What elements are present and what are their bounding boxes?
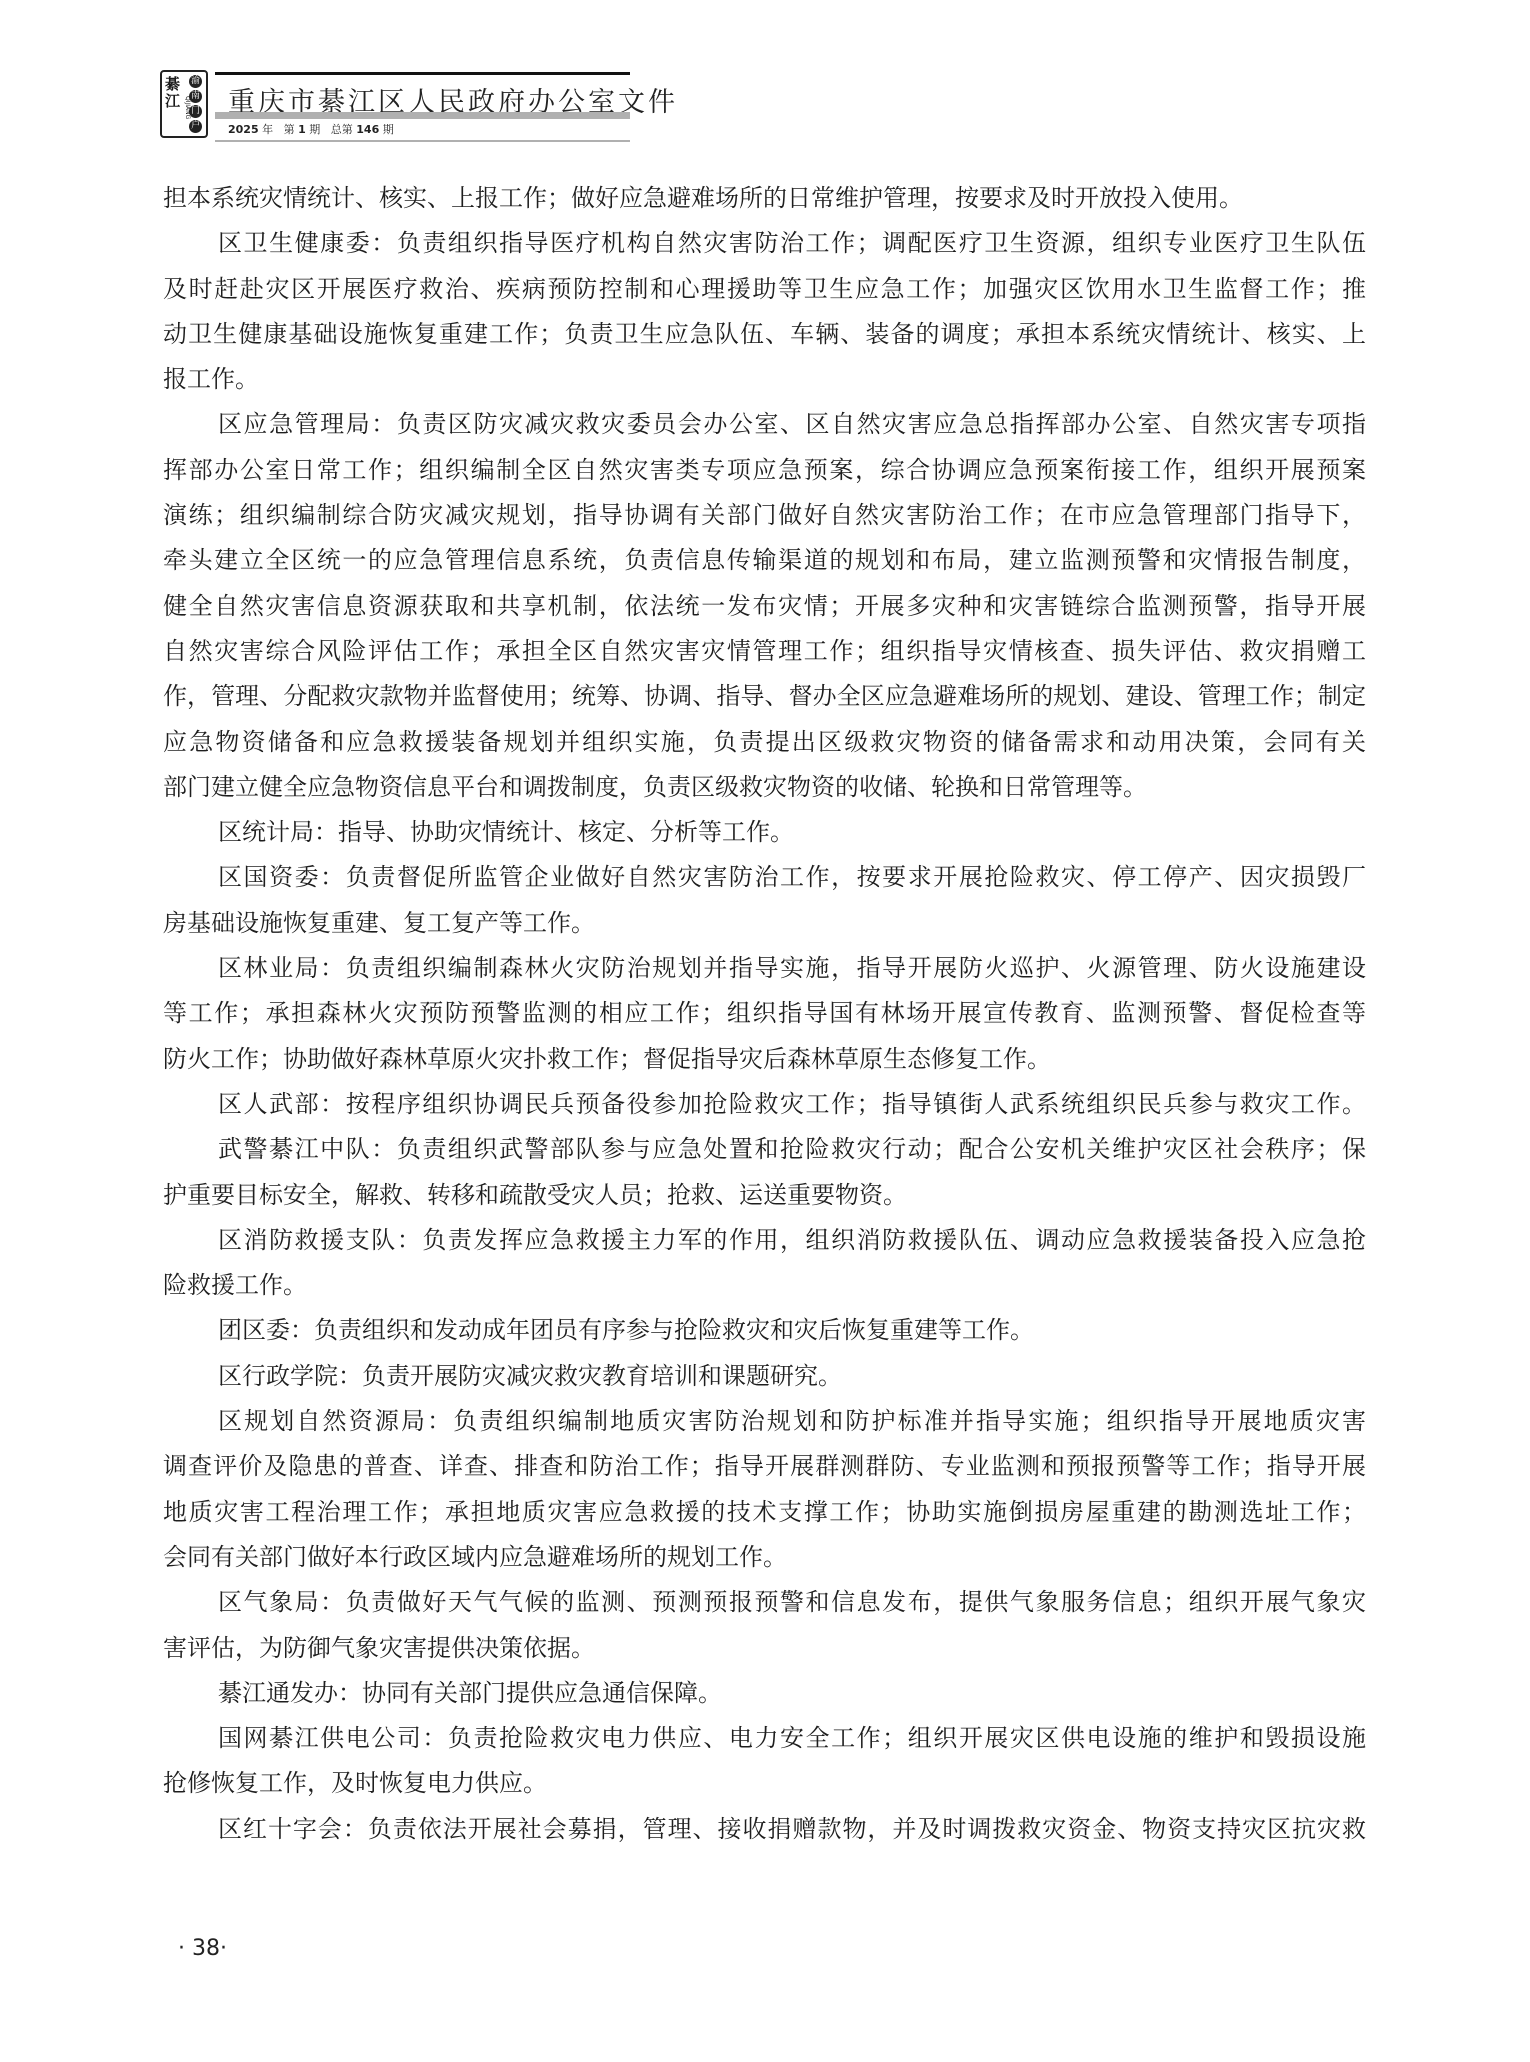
header-rule-middle bbox=[215, 112, 630, 119]
paragraph-line: 应急物资储备和应急救援装备规划并组织实施，负责提出区级救灾物资的储备需求和动用决… bbox=[163, 720, 1366, 765]
logo-title: 綦江 bbox=[165, 76, 181, 110]
paragraph-line: 地质灾害工程治理工作；承担地质灾害应急救援的技术支撑工作；协助实施倒损房屋重建的… bbox=[163, 1490, 1366, 1535]
logo-circle-1: 渝 bbox=[189, 75, 202, 88]
paragraph-line: 动卫生健康基础设施恢复重建工作；负责卫生应急队伍、车辆、装备的调度；承担本系统灾… bbox=[163, 312, 1366, 357]
paragraph-first-line: 区人武部：按程序组织协调民兵预备役参加抢险救灾工作；指导镇街人武系统组织民兵参与… bbox=[163, 1082, 1366, 1127]
paragraph-first-line: 区规划自然资源局：负责组织编制地质灾害防治规划和防护标准并指导实施；组织指导开展… bbox=[163, 1399, 1366, 1444]
issue-prefix: 第 bbox=[284, 123, 295, 136]
paragraph-line: 房基础设施恢复重建、复工复产等工作。 bbox=[163, 901, 1366, 946]
paragraph-line: 演练；组织编制综合防灾减灾规划，指导协调有关部门做好自然灾害防治工作；在市应急管… bbox=[163, 493, 1366, 538]
paragraph-line: 抢修恢复工作，及时恢复电力供应。 bbox=[163, 1761, 1366, 1806]
paragraph-first-line: 区气象局：负责做好天气气候的监测、预测预报预警和信息发布，提供气象服务信息；组织… bbox=[163, 1580, 1366, 1625]
paragraph-line: 作，管理、分配救灾款物并监督使用；统筹、协调、指导、督办全区应急避难场所的规划、… bbox=[163, 674, 1366, 719]
paragraph-line: 及时赶赴灾区开展医疗救治、疾病预防控制和心理援助等卫生应急工作；加强灾区饮用水卫… bbox=[163, 267, 1366, 312]
paragraph-first-line: 区行政学院：负责开展防灾减灾救灾教育培训和课题研究。 bbox=[163, 1354, 1366, 1399]
paragraph-first-line: 区林业局：负责组织编制森林火灾防治规划并指导实施，指导开展防火巡护、火源管理、防… bbox=[163, 946, 1366, 991]
total-prefix: 总第 bbox=[331, 123, 353, 136]
paragraph-line: 害评估，为防御气象灾害提供决策依据。 bbox=[163, 1626, 1366, 1671]
total-unit: 期 bbox=[383, 123, 394, 136]
qijiang-logo: 綦江 渝 南 门 户 QIJIANG bbox=[160, 70, 208, 138]
paragraph-first-line: 綦江通发办：协同有关部门提供应急通信保障。 bbox=[163, 1671, 1366, 1716]
paragraph-line: 挥部办公室日常工作；组织编制全区自然灾害类专项应急预案，综合协调应急预案衔接工作… bbox=[163, 448, 1366, 493]
page-number: · 38· bbox=[178, 1936, 227, 1961]
paragraph-line: 牵头建立全区统一的应急管理信息系统，负责信息传输渠道的规划和布局，建立监测预警和… bbox=[163, 538, 1366, 583]
paragraph-first-line: 国网綦江供电公司：负责抢险救灾电力供应、电力安全工作；组织开展灾区供电设施的维护… bbox=[163, 1716, 1366, 1761]
issue-year-unit: 年 bbox=[262, 123, 273, 136]
paragraph-first-line: 区统计局：指导、协助灾情统计、核定、分析等工作。 bbox=[163, 810, 1366, 855]
issue-number: 1 bbox=[298, 123, 306, 136]
logo-circle-4: 户 bbox=[189, 120, 202, 133]
paragraph-line: 自然灾害综合风险评估工作；承担全区自然灾害灾情管理工作；组织指导灾情核查、损失评… bbox=[163, 629, 1366, 674]
paragraph-first-line: 区应急管理局：负责区防灾减灾救灾委员会办公室、区自然灾害应急总指挥部办公室、自然… bbox=[163, 402, 1366, 447]
paragraph-first-line: 区消防救援支队：负责发挥应急救援主力军的作用，组织消防救援队伍、调动应急救援装备… bbox=[163, 1218, 1366, 1263]
issue-year: 2025 bbox=[228, 123, 259, 136]
logo-latin: QIJIANG bbox=[184, 96, 191, 119]
paragraph-line: 会同有关部门做好本行政区域内应急避难场所的规划工作。 bbox=[163, 1535, 1366, 1580]
document-header: 綦江 渝 南 门 户 QIJIANG 重庆市綦江区人民政府办公室文件 2025 … bbox=[160, 70, 630, 145]
logo-circle-badges: 渝 南 门 户 bbox=[189, 75, 203, 135]
paragraph-line: 等工作；承担森林火灾预防预警监测的相应工作；组织指导国有林场开展宣传教育、监测预… bbox=[163, 991, 1366, 1036]
total-number: 146 bbox=[356, 123, 379, 136]
document-body: 担本系统灾情统计、核实、上报工作；做好应急避难场所的日常维护管理，按要求及时开放… bbox=[163, 176, 1366, 1852]
header-rule-bottom bbox=[215, 140, 630, 142]
header-rule-top bbox=[215, 72, 630, 75]
paragraph-line: 防火工作；协助做好森林草原火灾扑救工作；督促指导灾后森林草原生态修复工作。 bbox=[163, 1037, 1366, 1082]
paragraph-line: 健全自然灾害信息资源获取和共享机制，依法统一发布灾情；开展多灾种和灾害链综合监测… bbox=[163, 584, 1366, 629]
issue-info: 2025 年 第 1 期 总第 146 期 bbox=[228, 121, 394, 137]
paragraph-first-line: 区国资委：负责督促所监管企业做好自然灾害防治工作，按要求开展抢险救灾、停工停产、… bbox=[163, 855, 1366, 900]
paragraph-first-line: 区卫生健康委：负责组织指导医疗机构自然灾害防治工作；调配医疗卫生资源，组织专业医… bbox=[163, 221, 1366, 266]
paragraph-line: 担本系统灾情统计、核实、上报工作；做好应急避难场所的日常维护管理，按要求及时开放… bbox=[163, 176, 1366, 221]
paragraph-line: 险救援工作。 bbox=[163, 1263, 1366, 1308]
issue-unit: 期 bbox=[309, 123, 320, 136]
paragraph-line: 报工作。 bbox=[163, 357, 1366, 402]
paragraph-first-line: 团区委：负责组织和发动成年团员有序参与抢险救灾和灾后恢复重建等工作。 bbox=[163, 1308, 1366, 1353]
paragraph-first-line: 武警綦江中队：负责组织武警部队参与应急处置和抢险救灾行动；配合公安机关维护灾区社… bbox=[163, 1127, 1366, 1172]
paragraph-line: 护重要目标安全，解救、转移和疏散受灾人员；抢救、运送重要物资。 bbox=[163, 1173, 1366, 1218]
paragraph-line: 部门建立健全应急物资信息平台和调拨制度，负责区级救灾物资的收储、轮换和日常管理等… bbox=[163, 765, 1366, 810]
paragraph-first-line: 区红十字会：负责依法开展社会募捐，管理、接收捐赠款物，并及时调拨救灾资金、物资支… bbox=[163, 1807, 1366, 1852]
paragraph-line: 调查评价及隐患的普查、详查、排查和防治工作；指导开展群测群防、专业监测和预报预警… bbox=[163, 1444, 1366, 1489]
